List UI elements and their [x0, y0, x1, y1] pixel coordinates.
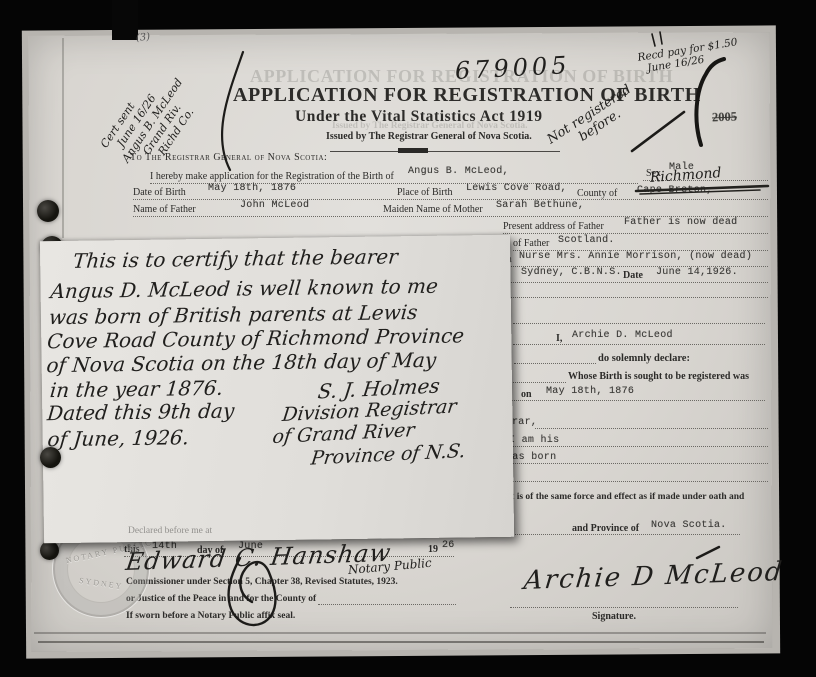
whose-birth-label: Whose Birth is sought to be registered w…: [568, 371, 749, 382]
dotted-line: [535, 427, 768, 429]
ghost-issued-line: Issued by The Registrar General of Nova …: [332, 121, 527, 131]
county-struck-value: Cape Breton,: [637, 185, 713, 196]
punch-hole: [40, 541, 59, 560]
certificate-overlay-paper: This is to certify that the bearer Angus…: [40, 235, 514, 544]
dotted-line: [503, 232, 768, 234]
sworn-label: If sworn before a Notary Public affix se…: [126, 611, 295, 621]
dotted-line: [504, 281, 768, 283]
issued-by-line: Issued by The Registrar General of Nova …: [326, 131, 532, 142]
mother-value: Sarah Bethune,: [496, 200, 584, 211]
commissioner-label: Commissioner under Section 5, Chapter 38…: [126, 577, 398, 587]
certificate-dated-line: of June, 1926.: [47, 425, 191, 451]
dotted-line: [513, 343, 765, 345]
certificate-line: of Nova Scotia on the 18th day of May: [46, 348, 438, 377]
sheet-edge-line: [62, 38, 64, 238]
dotted-line: [318, 603, 456, 605]
bottom-stack-edge: [34, 632, 766, 634]
dotted-line: [508, 480, 768, 482]
dotted-line: [133, 198, 768, 200]
punch-hole: [40, 447, 61, 468]
applicant-name-value: Angus B. McLeod,: [408, 166, 509, 177]
header-divider-bar: [398, 148, 428, 153]
declarant-name-value: Archie D. McLeod: [572, 330, 673, 341]
force-effect-label: t it is of the same force and effect as …: [503, 492, 744, 502]
date-label: Date: [623, 270, 643, 281]
date-value: June 14,1926.: [656, 267, 738, 278]
mother-label: Maiden Name of Mother: [383, 204, 483, 215]
struck-form-number: 2005: [712, 110, 738, 126]
scanned-document-photo: (3) Cert sent June 16/26 Angus B. McLeod…: [0, 0, 816, 677]
dotted-line: [494, 445, 768, 447]
dotted-line: [514, 362, 596, 364]
father-value: John McLeod: [240, 200, 309, 211]
father-label: Name of Father: [133, 204, 196, 215]
dotted-line: [512, 533, 740, 535]
pob-label: Place of Birth: [397, 187, 453, 198]
declared-before-label: Declared before me at: [128, 526, 212, 536]
province-value: Nova Scotia.: [651, 520, 727, 531]
dotted-line: [494, 462, 768, 464]
bottom-stack-edge: [38, 641, 764, 643]
on-date-value: May 18th, 1876: [546, 386, 634, 397]
attendant-address-value: Sydney, C.B.N.S.: [521, 267, 622, 278]
father-birthplace-value: Scotland.: [558, 235, 615, 246]
pob-value: Lewis Cove Road,: [466, 183, 567, 194]
signature-caption: Signature.: [592, 611, 636, 622]
certificate-dated-line: Dated this 9th day: [46, 399, 235, 426]
father-address-label: Present address of Father: [503, 221, 604, 232]
attendant-value: Nurse Mrs. Annie Morrison, (now dead): [519, 251, 752, 262]
dotted-line: [504, 296, 768, 298]
pencil-note: (3): [135, 32, 150, 44]
declaration-fragment-1: rar,: [512, 417, 537, 428]
film-notch: [112, 0, 138, 40]
certificate-line: Angus D. McLeod is well known to me: [50, 274, 440, 303]
jurat-year-value: 26: [442, 540, 455, 551]
dotted-line: [510, 606, 738, 608]
justice-label: or Justice of the Peace in and for the C…: [126, 594, 316, 604]
father-address-value: Father is now dead: [624, 217, 737, 228]
certificate-line: This is to certify that the bearer: [72, 244, 399, 273]
dob-label: Date of Birth: [133, 187, 186, 198]
father-birthplace-label: of Father: [513, 238, 549, 249]
dotted-line: [494, 399, 765, 401]
dotted-line: [513, 322, 765, 324]
header-divider: [330, 151, 560, 152]
jurat-year-label: 19: [428, 544, 438, 555]
punch-hole: [37, 200, 59, 222]
solemnly-declare-label: do solemnly declare:: [598, 353, 690, 364]
dob-value: May 18th, 1876: [208, 183, 296, 194]
notary-seal-text: SYDNEY: [79, 576, 124, 591]
application-label: I hereby make application for the Regist…: [150, 171, 394, 182]
